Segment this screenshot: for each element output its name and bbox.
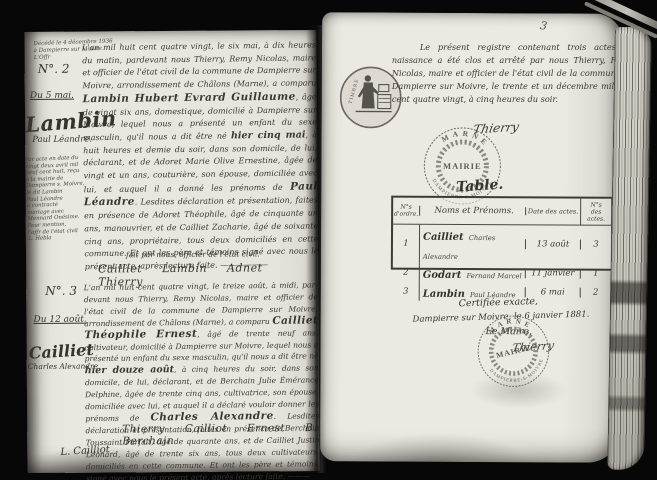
col-header-names: Noms et Prénoms. <box>419 206 525 217</box>
col-header-date: Date des actes. <box>525 207 580 215</box>
table-heading: Table. <box>456 177 504 196</box>
act3-text: L'an mil huit cent quatre vingt, le trei… <box>84 279 320 480</box>
col-header-act: N°s des actes. <box>580 199 611 225</box>
cell-act-no: 1 <box>580 268 611 278</box>
cell-act-no: 2 <box>580 287 611 297</box>
table-row: 1 Cailliet Charles Alexandre 13 août 3 <box>393 225 611 264</box>
certification-line1: Certifiée exacte, <box>459 296 539 309</box>
cell-date: 13 août <box>525 239 580 249</box>
margin-act2-date: Du 5 mai. <box>30 91 74 101</box>
acts-table: N°s d'ordre. Noms et Prénoms. Date des a… <box>391 196 613 271</box>
book-photo-background: { "colors": { "background": "#070707", "… <box>0 0 657 480</box>
acts-table-header: N°s d'ordre. Noms et Prénoms. Date des a… <box>393 198 611 226</box>
act3-signatures: Thierry Cailliot Ernest B. Berchain <box>122 422 319 447</box>
margin-act3-date: Du 12 août. <box>33 315 86 325</box>
act2-closing-line: fait par nous, officier de l'état civil. <box>126 249 260 259</box>
left-page: Décédé le 4 décembre 1936 à Dampierre su… <box>24 30 319 473</box>
margin-act2-number: N°. 2 <box>38 62 70 76</box>
cell-name: Godart Fernand Marcel <box>419 263 525 283</box>
mairie-stamp-center-text: MAIRIE <box>443 161 482 171</box>
act2-birth-date: hier cinq mai <box>231 129 306 141</box>
cell-order: 2 <box>393 267 419 277</box>
table-row: 2 Godart Fernand Marcel 11 janvier 1 <box>393 263 611 283</box>
cell-act-no: 3 <box>580 240 611 250</box>
cell-order: 3 <box>393 286 419 296</box>
act2-father-name: Lambin Hubert Evrard Guillaume <box>83 90 296 105</box>
cell-date: 11 janvier <box>525 268 580 278</box>
register-closing-text: Le présent registre contenant trois acte… <box>392 41 634 106</box>
mairie-stamp-center-text: MAIRIE <box>495 343 532 360</box>
folio-mark: 3 <box>539 19 548 33</box>
act2-text: L'an mil huit cent quatre vingt, le six … <box>82 39 319 273</box>
right-page: 3 TIMBRE Le présent registre contenant t… <box>320 12 623 463</box>
act3-child-name: Charles Alexandre <box>150 410 273 424</box>
margin-act3-number: N°. 3 <box>45 284 77 298</box>
col-header-order: N°s d'ordre. <box>393 198 419 224</box>
cell-name: Cailliet Charles Alexandre <box>419 225 525 264</box>
book-gutter-shadow <box>306 25 326 473</box>
margin-marriage-note: Par acte en date du vingt deux avril mil… <box>25 154 93 242</box>
act2-opening: L'an mil huit cent quatre vingt, le six … <box>82 40 317 90</box>
cell-order: 1 <box>393 239 419 249</box>
act3-birth-date: hier douze août <box>85 364 174 376</box>
page-edge-stack <box>607 27 652 471</box>
